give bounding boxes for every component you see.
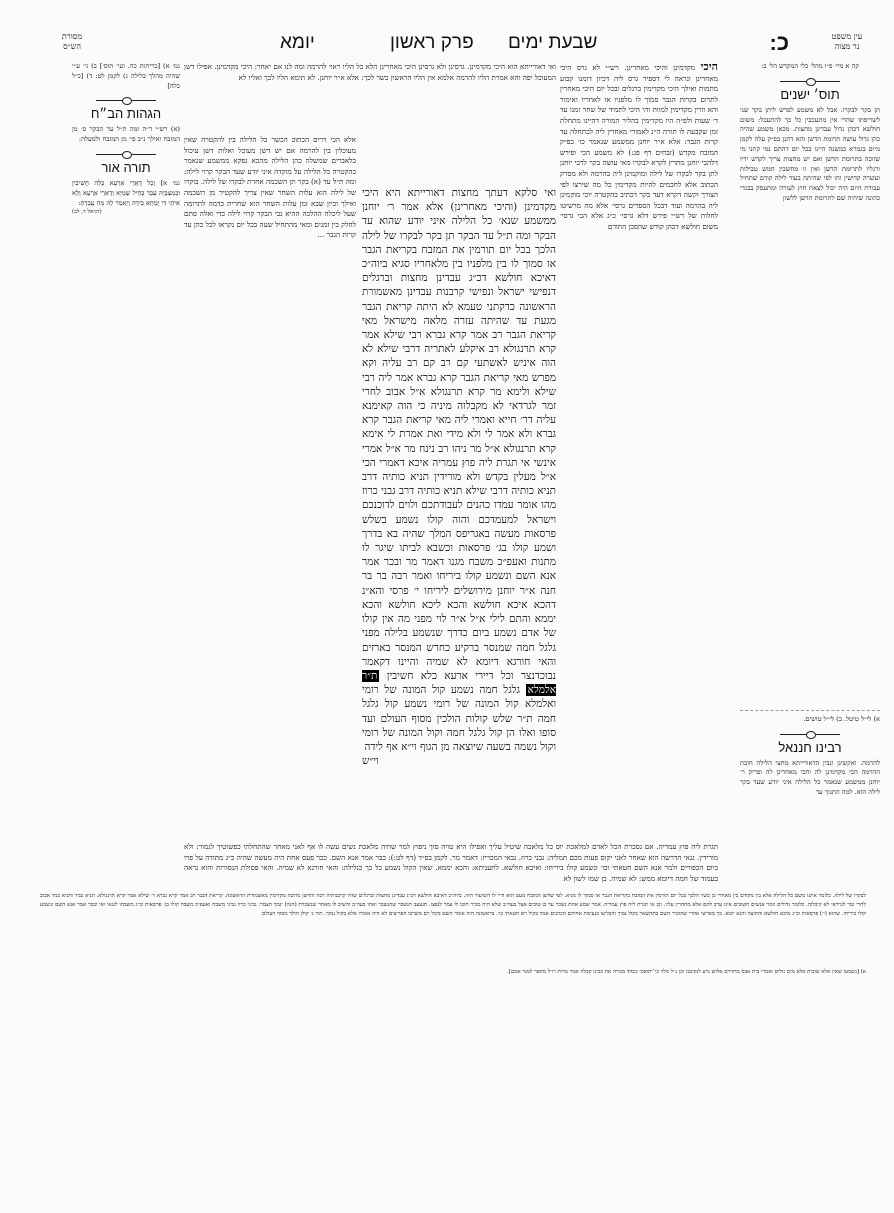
ornament-divider-icon: [96, 151, 156, 157]
perek-label: פרק ראשון: [390, 32, 474, 54]
torah-ohr-text: גמ׳ א] וְכָל דָּאְרֵי אַרְעָא כְּלָה חֲש…: [72, 179, 180, 208]
rabbeinu-chananel-title: רבינו חננאל: [740, 739, 880, 757]
tosafot-column: אלא הכי דרים הכתוב הכשר כל הלילה בין להק…: [184, 135, 356, 843]
ornament-divider-icon: [96, 97, 156, 103]
torah-ohr-title: תורה אור: [72, 159, 180, 177]
hagahos-habach-text: (א) רש״י ד״ה ומה ת״ל עד הבקר ס׳ מן המזבח…: [72, 125, 180, 145]
ein-mishpat-note: קה א מיי׳ פ״ו מהל׳ כלי המקדש הל׳ ב:: [740, 62, 880, 72]
gemara-column: ואי סלקא דעתך מחצות דאורייתא היא היכי מק…: [362, 186, 556, 794]
ornament-divider-icon: [780, 731, 840, 737]
rashi-opening-word: היכי: [701, 62, 718, 73]
tosafot-yeshanim-title: תוס׳ ישנים: [740, 86, 880, 104]
ein-mishpat-label: עין משפט נר מצוה: [822, 32, 872, 52]
rashi-ela-text: אלא א״ר יוחנן ממשמע שנאמר כו׳ כפ״ק המזבח…: [560, 137, 718, 220]
page-footnote: א) [נשמעו שאין אלא שוכות אלא מים נולים ו…: [40, 968, 866, 977]
ornament-divider-icon: [780, 78, 840, 84]
tosafot-lower-text: אלא הכי דרים הכתוב הכשר כל הלילה בין להק…: [184, 135, 356, 239]
tosafot-bottom-text: תגרת ליה פוץ עמריה. אם נסכרת הכל לאדם למ…: [184, 842, 718, 883]
bottom-commentary-text: לבקרו של לילה. כלומר אתנו משם כל הלילה א…: [40, 893, 866, 917]
bottom-commentary: לבקרו של לילה. כלומר אתנו משם כל הלילה א…: [40, 892, 866, 919]
tosafot-yeshanim-text: תן בקר לבקרו. אבל לא משמע לפרש ליתן בקר …: [740, 106, 880, 696]
daf-number: כ:: [770, 30, 790, 56]
hagahos-habach-title: הגהות הב״ח: [72, 105, 180, 123]
page-header: עין משפט נר מצוה כ: שבעת ימים פרק ראשון …: [0, 30, 894, 56]
torah-ohr-source: (דניאל ד, לב): [72, 208, 180, 218]
chananel-footnote-marks: א) לי״ל טיטל. ב) לי״ל טושים.: [740, 710, 880, 725]
tosafot-top-text: ואי דאורייתא הוא היכי מקדמינן. גרסינן ול…: [184, 62, 556, 82]
tosafot-top: ואי דאורייתא הוא היכי מקדמינן. גרסינן ול…: [184, 62, 556, 134]
right-margin: קה א מיי׳ פ״ו מהל׳ כלי המקדש הל׳ ב: תוס׳…: [740, 62, 880, 882]
mesores-notes: גמ׳ א) [כריתות כה. ועי׳ תוס׳] ב) גי׳ ע״י…: [72, 62, 180, 91]
tractate-name: יומא: [280, 32, 315, 54]
talmud-page: עין משפט נר מצוה כ: שבעת ימים פרק ראשון …: [0, 0, 894, 1213]
rashi-opening-text: מקדמינן והיכי מאחרינן. רש״י לא גרס היכי …: [560, 63, 718, 146]
chapter-name: שבעת ימים: [508, 32, 597, 54]
rabbeinu-chananel-text: להרמה. ואקשינן ונבין הדאורייתא מחצי הליל…: [740, 759, 880, 798]
left-margin: גמ׳ א) [כריתות כה. ועי׳ תוס׳] ב) גי׳ ע״י…: [72, 62, 180, 322]
tosafot-bottom: תגרת ליה פוץ עמריה. אם נסכרת הכל לאדם למ…: [184, 842, 718, 884]
rashi-column: היכי מקדמינן והיכי מאחרינן. רש״י לא גרס …: [560, 62, 718, 784]
gemara-end-mark: וי״ש: [362, 754, 556, 768]
gemara-text-1: ואי סלקא דעתך מחצות דאורייתא היא היכי מק…: [362, 187, 556, 682]
footnote-text: א) [נשמעו שאין אלא שוכות אלא מים נולים ו…: [507, 969, 866, 975]
mesores-hashas-label: מסורת הש״ס: [52, 32, 92, 52]
